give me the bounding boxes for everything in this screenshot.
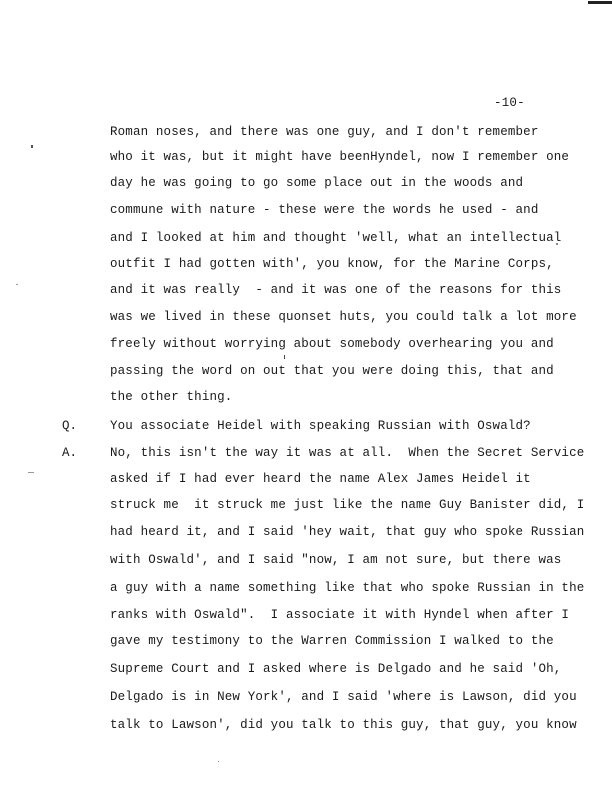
text-line: struck me it struck me just like the nam… — [110, 498, 584, 512]
question-text: You associate Heidel with speaking Russi… — [110, 419, 531, 433]
text-line: and it was really - and it was one of th… — [110, 283, 561, 297]
text-line: Delgado is in New York', and I said 'whe… — [110, 690, 577, 704]
text-line: freely without worrying about somebody o… — [110, 337, 554, 351]
scan-speck — [28, 472, 34, 473]
text-line: was we lived in these quonset huts, you … — [110, 310, 577, 324]
answer-text: No, this isn't the way it was at all. Wh… — [110, 446, 584, 460]
scan-speck — [556, 243, 558, 245]
text-line: asked if I had ever heard the name Alex … — [110, 472, 531, 486]
scan-speck — [218, 761, 219, 762]
scan-speck — [16, 284, 18, 285]
scan-speck — [284, 355, 285, 359]
text-line: Roman noses, and there was one guy, and … — [110, 125, 538, 139]
text-line: the other thing. — [110, 390, 232, 404]
text-line: outfit I had gotten with', you know, for… — [110, 257, 554, 271]
scan-corner-mark — [588, 1, 612, 4]
text-line: with Oswald', and I said "now, I am not … — [110, 553, 561, 567]
text-line: gave my testimony to the Warren Commissi… — [110, 634, 554, 648]
text-line: who it was, but it might have beenHyndel… — [110, 150, 569, 164]
text-line: day he was going to go some place out in… — [110, 176, 523, 190]
answer-marker: A. — [62, 446, 77, 460]
text-line: Supreme Court and I asked where is Delga… — [110, 662, 561, 676]
text-line: talk to Lawson', did you talk to this gu… — [110, 718, 577, 732]
question-marker: Q. — [62, 419, 77, 433]
scan-speck — [31, 145, 33, 148]
text-line: commune with nature - these were the wor… — [110, 203, 538, 217]
text-line: passing the word on out that you were do… — [110, 364, 554, 378]
text-line: and I looked at him and thought 'well, w… — [110, 231, 561, 245]
text-line: had heard it, and I said 'hey wait, that… — [110, 525, 584, 539]
text-line: ranks with Oswald". I associate it with … — [110, 608, 569, 622]
page-number: -10- — [494, 96, 525, 110]
text-line: a guy with a name something like that wh… — [110, 581, 584, 595]
